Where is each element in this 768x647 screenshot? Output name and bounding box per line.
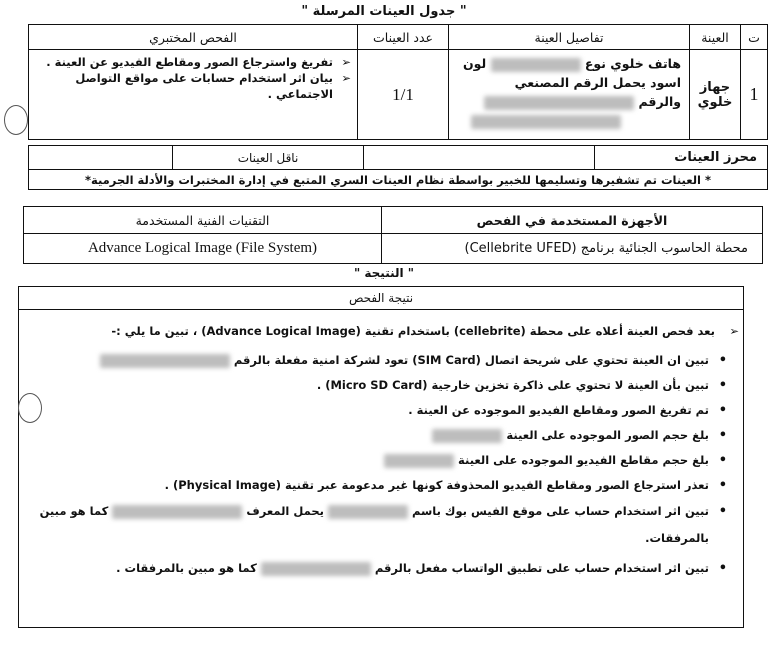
header-count: عدد العينات (358, 25, 449, 50)
redacted-image-size (432, 429, 502, 443)
samples-footnote: * العينات تم تشفيرها وتسليمها للخبير بوا… (29, 170, 768, 190)
punch-hole-mark (18, 393, 42, 423)
result-item-text: تبين بأن العينة لا تحتوي على ذاكرة تخزين… (317, 378, 709, 392)
arrow-bullet-icon: ➢ (341, 70, 351, 86)
row-index: 1 (741, 50, 768, 140)
redacted-facebook-id (112, 505, 242, 519)
devices-value: محطة الحاسوب الجنائية برنامج (Cellebrite… (382, 234, 763, 264)
header-devices: الأجهزة المستخدمة في الفحص (382, 207, 763, 234)
row-lab-exam: ➢ تفريغ واسترجاع الصور ومقاطع الفيديو عن… (29, 50, 358, 140)
result-intro: ➢ بعد فحص العينة أعلاه على محطة (cellebr… (19, 310, 743, 338)
exam-item-1: تفريغ واسترجاع الصور ومقاطع الفيديو عن ا… (46, 55, 333, 69)
redacted-serial (484, 96, 634, 110)
header-details: تفاصيل العينة (449, 25, 690, 50)
result-item-text: تبين ان العينة تحتوي على شريحة اتصال (SI… (234, 353, 709, 367)
table-row: 1 جهاز خلوي هاتف خلوي نوع لون اسود يحمل … (29, 50, 768, 140)
redacted-facebook-name (328, 505, 408, 519)
whatsapp-text-1: تبين اثر استخدام حساب على تطبيق الواتساب… (375, 561, 709, 575)
result-header-label: نتيجة الفحص (349, 291, 413, 305)
result-item: تبين بأن العينة لا تحتوي على ذاكرة تخزين… (19, 373, 743, 398)
custodian-value (364, 146, 595, 170)
header-lab-exam: الفحص المختبري (29, 25, 358, 50)
result-title: " النتيجة " (0, 266, 768, 280)
result-item: تعذر استرجاع الصور ومقاطع الفيديو المحذو… (19, 473, 743, 498)
facebook-text-2: يحمل المعرف (246, 504, 324, 518)
row-sample: جهاز خلوي (690, 50, 741, 140)
result-item-text: بلغ حجم مقاطع الفيديو الموجوده على العين… (458, 453, 709, 467)
arrow-bullet-icon: ➢ (341, 54, 351, 70)
redacted-model (491, 58, 581, 72)
punch-hole-mark (4, 105, 28, 135)
details-line2: اسود يحمل الرقم المصنعي (457, 73, 681, 92)
result-item-text: بلغ حجم الصور الموجوده على العينة (506, 428, 709, 442)
details-line3: والرقم (638, 94, 681, 109)
redacted-number (471, 115, 621, 129)
header-index: ت (741, 25, 768, 50)
equipment-table: الأجهزة المستخدمة في الفحص التقنيات الفن… (23, 206, 763, 264)
header-techniques: التقنيات الفنية المستخدمة (24, 207, 382, 234)
result-header: نتيجة الفحص (19, 287, 743, 310)
carrier-value (29, 146, 173, 170)
redacted-whatsapp-number (261, 562, 371, 576)
redacted-video-size (384, 454, 454, 468)
details-line1-prefix: هاتف خلوي نوع (585, 56, 681, 71)
result-item-text: تم تفريغ الصور ومقاطع الفيديو الموجوده ع… (408, 403, 709, 417)
arrow-bullet-icon: ➢ (729, 324, 739, 338)
result-item: بلغ حجم مقاطع الفيديو الموجوده على العين… (19, 448, 743, 473)
redacted-sim-number (100, 354, 230, 368)
whatsapp-text-2: كما هو مبين بالمرفقات . (116, 561, 257, 575)
custodian-label: محرز العينات (595, 146, 768, 170)
row-details: هاتف خلوي نوع لون اسود يحمل الرقم المصنع… (449, 50, 690, 140)
header-sample: العينة (690, 25, 741, 50)
row-count: 1/1 (358, 50, 449, 140)
result-item-text: تعذر استرجاع الصور ومقاطع الفيديو المحذو… (165, 478, 709, 492)
result-item: بلغ حجم الصور الموجوده على العينة (19, 423, 743, 448)
result-box: نتيجة الفحص ➢ بعد فحص العينة أعلاه على م… (18, 286, 744, 628)
result-intro-text: بعد فحص العينة أعلاه على محطة (cellebrit… (111, 324, 715, 338)
result-item-facebook: تبين اثر استخدام حساب على موقع الفيس بوك… (19, 498, 743, 552)
result-item: تبين ان العينة تحتوي على شريحة اتصال (SI… (19, 348, 743, 373)
custody-table: محرز العينات ناقل العينات * العينات تم ت… (28, 145, 768, 190)
result-item: تم تفريغ الصور ومقاطع الفيديو الموجوده ع… (19, 398, 743, 423)
facebook-text-1: تبين اثر استخدام حساب على موقع الفيس بوك… (412, 504, 709, 518)
samples-table: ت العينة تفاصيل العينة عدد العينات الفحص… (28, 24, 768, 140)
carrier-label: ناقل العينات (173, 146, 364, 170)
techniques-value: Advance Logical Image (File System) (24, 234, 382, 264)
samples-table-title: " جدول العينات المرسلة " (0, 4, 768, 19)
details-line1-suffix: لون (463, 56, 486, 71)
result-item-whatsapp: تبين اثر استخدام حساب على تطبيق الواتساب… (19, 556, 743, 581)
exam-item-2: بيان اثر استخدام حسابات على مواقع التواص… (75, 71, 333, 101)
result-list: تبين ان العينة تحتوي على شريحة اتصال (SI… (19, 348, 743, 581)
